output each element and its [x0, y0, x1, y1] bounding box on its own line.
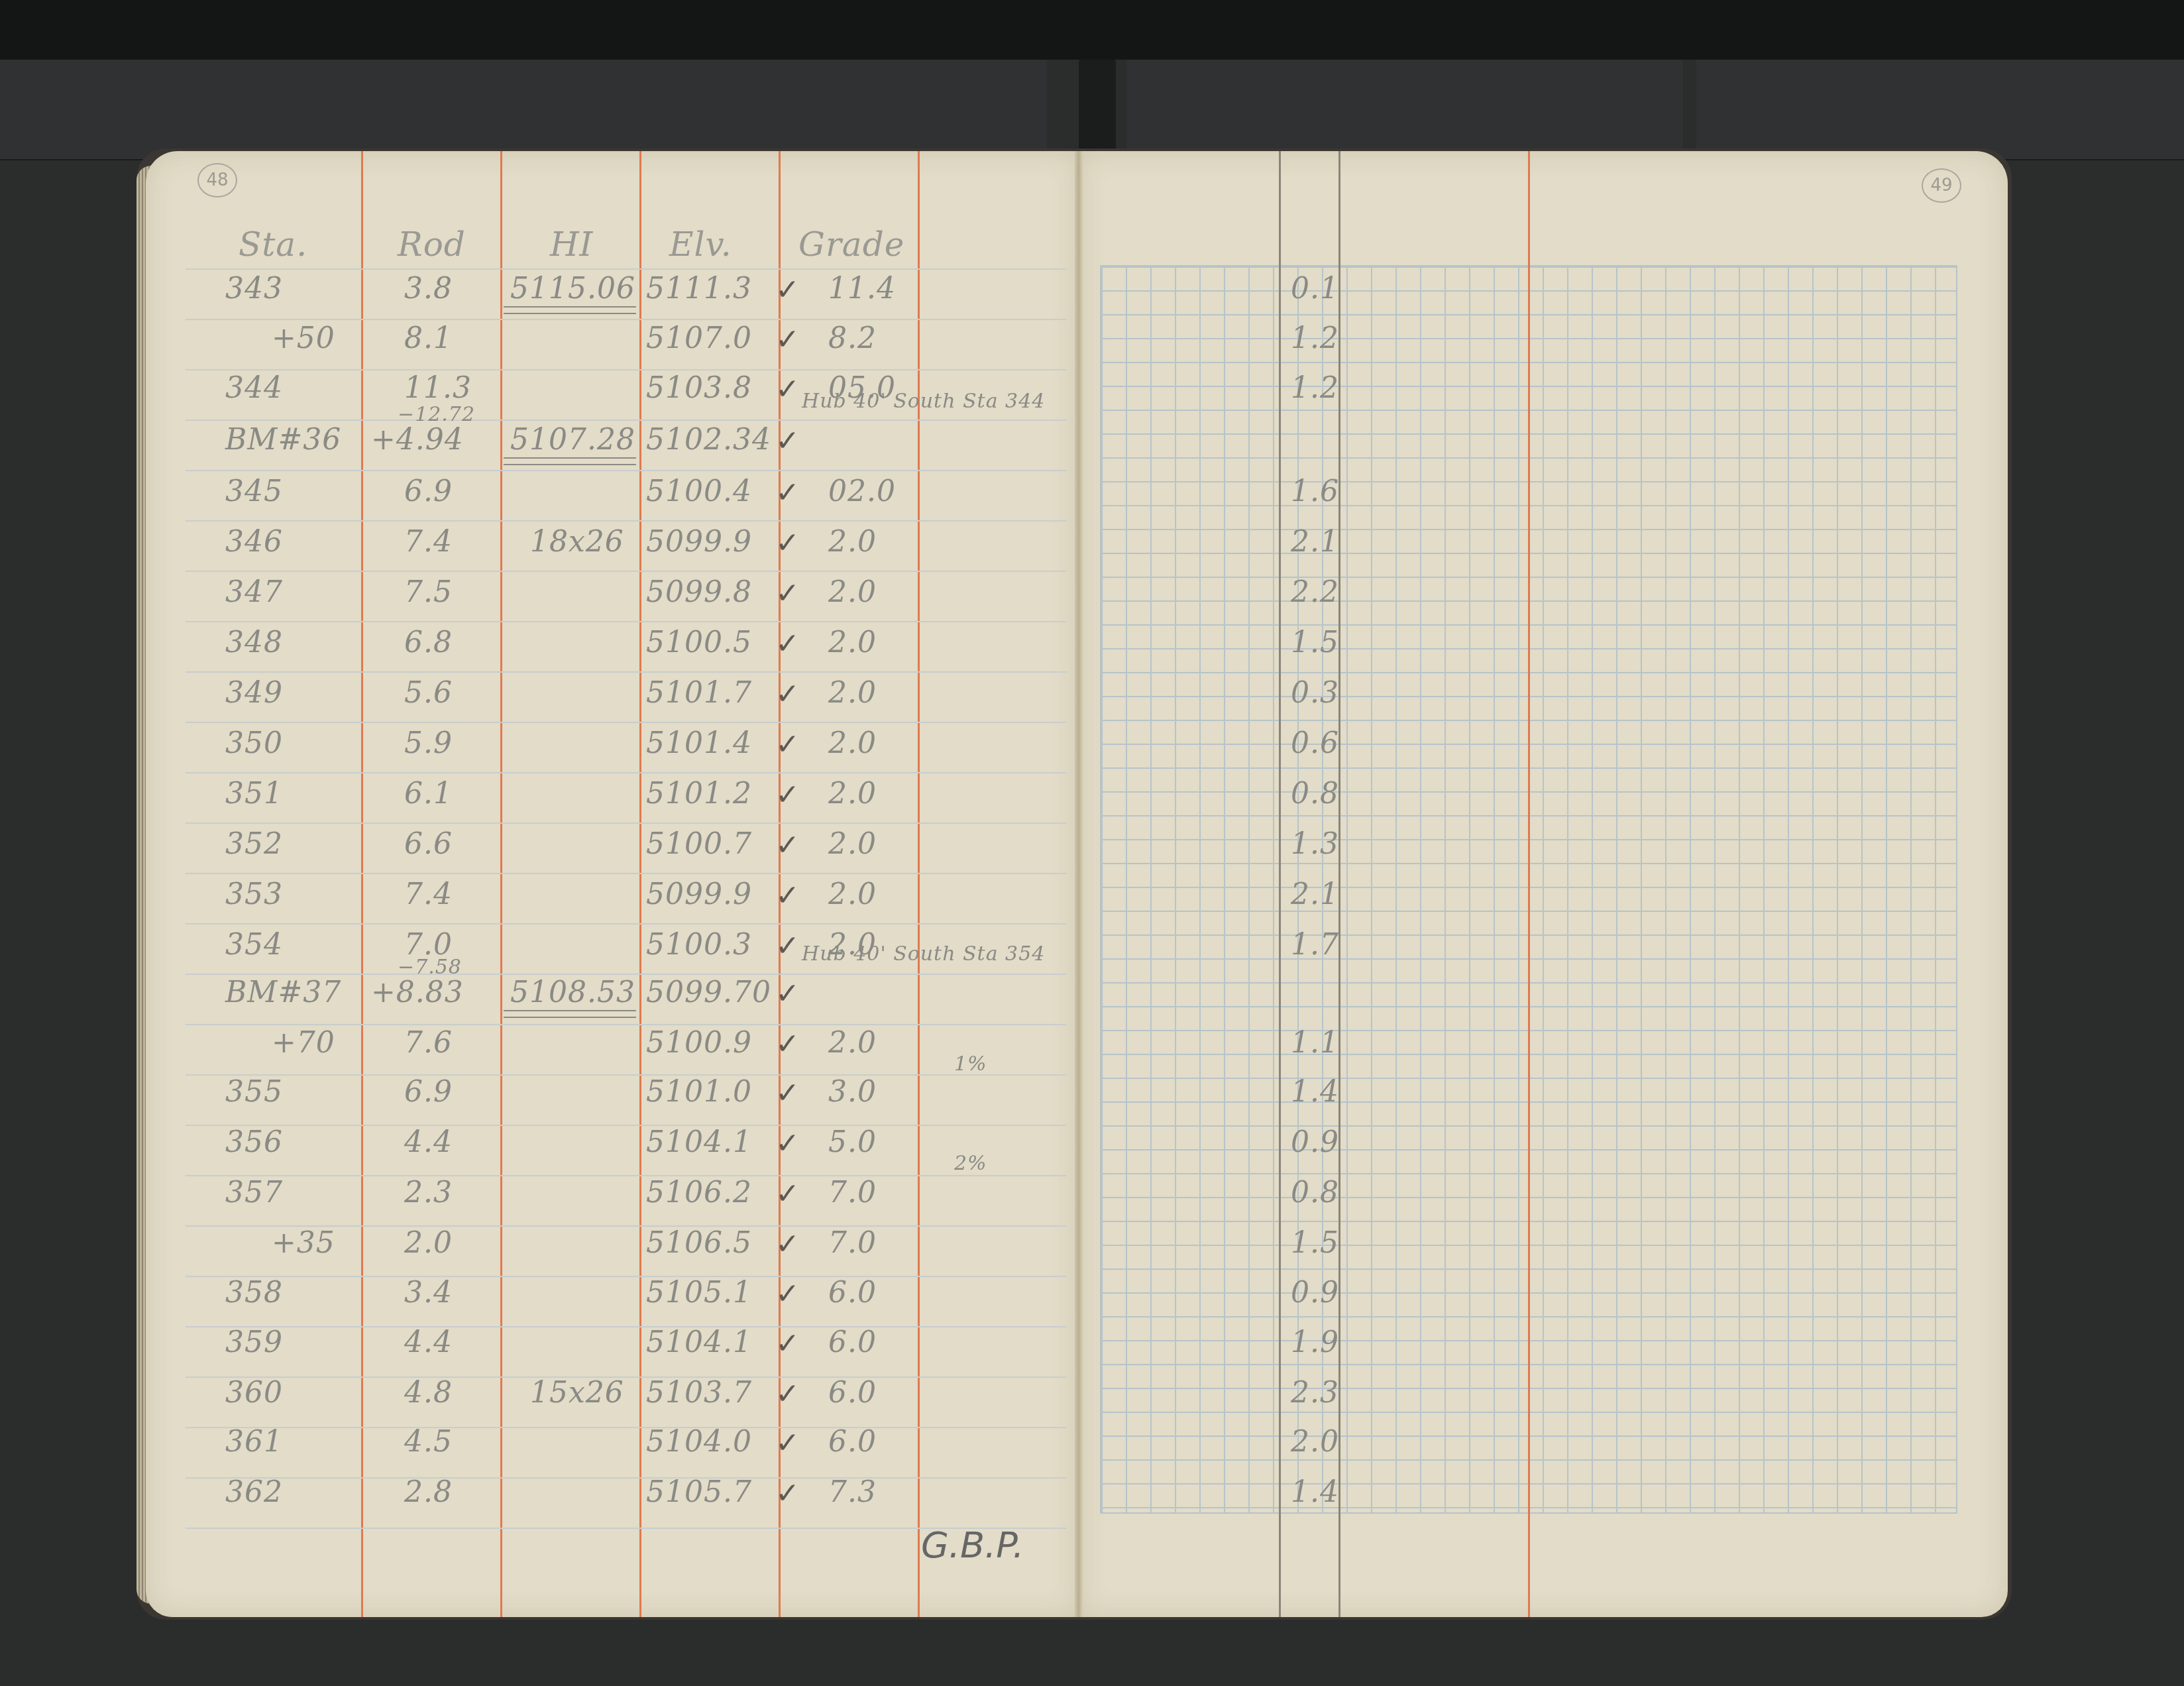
- hi-underline: [504, 457, 636, 465]
- cell-grade: 2.0: [828, 626, 877, 659]
- cell-elevation: 5100.3: [646, 928, 752, 962]
- ruled-line: [186, 1125, 1067, 1126]
- header-elv: Elv.: [669, 225, 732, 264]
- binder-panel-left: [0, 60, 1047, 160]
- checkmark-icon: ✓: [775, 728, 800, 761]
- cell-station: 355: [225, 1075, 283, 1109]
- column-rule: [1528, 151, 1530, 1617]
- ruled-line: [186, 974, 1067, 975]
- cell-elevation: 5105.7: [646, 1475, 752, 1509]
- hi-underline: [504, 306, 636, 314]
- cell-elevation: 5104.1: [646, 1325, 752, 1359]
- page-number-left: 48: [197, 163, 237, 197]
- checkmark-icon: ✓: [775, 1477, 800, 1510]
- cell-station: 352: [225, 827, 283, 861]
- grid-column-value: 1.4: [1291, 1075, 1339, 1109]
- cell-station: 357: [225, 1176, 283, 1209]
- grid-column-value: 1.6: [1291, 475, 1339, 508]
- ruled-line: [186, 520, 1067, 522]
- cell-grade: 6.0: [828, 1425, 877, 1459]
- grid-column-value: 1.7: [1291, 928, 1339, 962]
- grid-column-value: 2.1: [1291, 525, 1339, 559]
- cell-grade: 2.0: [828, 1026, 877, 1060]
- cell-elevation: 5106.5: [646, 1226, 752, 1260]
- cell-grade: 3.0: [828, 1075, 877, 1109]
- cell-note-hub: Hub 40' South Sta 354: [802, 942, 1045, 966]
- cell-elevation: 5099.9: [646, 525, 752, 559]
- cell-rod: 6.9: [404, 1075, 453, 1109]
- checkmark-icon: ✓: [775, 1327, 800, 1361]
- checkmark-icon: ✓: [775, 627, 800, 661]
- binding-gutter: [1075, 151, 1083, 1617]
- cell-grade: 2.0: [828, 676, 877, 710]
- cell-rod: 2.0: [404, 1226, 453, 1260]
- cell-station: 344: [225, 371, 283, 405]
- cell-grade: 11.4: [828, 272, 896, 306]
- signature-initials: G.B.P.: [921, 1524, 1024, 1566]
- cell-rod: 2.3: [404, 1176, 453, 1209]
- checkmark-icon: ✓: [775, 273, 800, 307]
- ruled-line: [186, 621, 1067, 622]
- cell-hi: 5107.28: [510, 423, 635, 457]
- cell-hi: 5115.06: [510, 272, 635, 306]
- ruled-line: [186, 722, 1067, 723]
- cell-station: 343: [225, 272, 283, 306]
- cell-rod: 7.4: [404, 525, 453, 559]
- cell-grade: 5.0: [828, 1125, 877, 1159]
- checkmark-icon: ✓: [775, 1227, 800, 1261]
- cell-grade: 6.0: [828, 1276, 877, 1310]
- ruled-line: [186, 1326, 1067, 1327]
- checkmark-icon: ✓: [775, 1426, 800, 1460]
- checkmark-icon: ✓: [775, 977, 800, 1011]
- ruled-line: [186, 1477, 1067, 1479]
- cell-hi: 18x26: [530, 525, 624, 559]
- cell-rod: 4.5: [404, 1425, 453, 1459]
- grid-column-value: 2.0: [1291, 1425, 1339, 1459]
- cell-rod: 6.8: [404, 626, 453, 659]
- cell-grade: 2.0: [828, 575, 877, 609]
- header-hi: HI: [550, 225, 593, 264]
- ruled-line: [186, 268, 1067, 270]
- cell-grade: 7.3: [828, 1475, 877, 1509]
- checkmark-icon: ✓: [775, 323, 800, 357]
- ruled-line: [186, 319, 1067, 320]
- checkmark-icon: ✓: [775, 1027, 800, 1061]
- ruled-line: [186, 1175, 1067, 1176]
- checkmark-icon: ✓: [775, 1127, 800, 1160]
- cell-station: 362: [225, 1475, 283, 1509]
- cell-grade: 7.0: [828, 1176, 877, 1209]
- binder-panel-middle: [1126, 60, 1683, 160]
- cell-station: 348: [225, 626, 283, 659]
- cell-elevation: 5099.9: [646, 877, 752, 911]
- checkmark-icon: ✓: [775, 372, 800, 406]
- ruled-line: [186, 1427, 1067, 1428]
- cell-elevation: 5101.0: [646, 1075, 752, 1109]
- cell-station: 361: [225, 1425, 283, 1459]
- cell-rod: 5.9: [404, 726, 453, 760]
- checkmark-icon: ✓: [775, 424, 800, 458]
- cell-elevation: 5100.7: [646, 827, 752, 861]
- checkmark-icon: ✓: [775, 526, 800, 560]
- checkmark-icon: ✓: [775, 778, 800, 812]
- cell-station: 345: [225, 475, 283, 508]
- cell-rod: 5.6: [404, 676, 453, 710]
- cell-rod: 7.4: [404, 877, 453, 911]
- cell-elevation: 5111.3: [646, 272, 752, 306]
- cell-grade: 6.0: [828, 1325, 877, 1359]
- cell-elevation: 5104.0: [646, 1425, 752, 1459]
- cell-grade: 7.0: [828, 1226, 877, 1260]
- ruled-line: [186, 369, 1067, 370]
- cell-station: +70: [272, 1026, 335, 1060]
- ruled-line: [186, 420, 1067, 421]
- header-rod: Rod: [398, 225, 466, 264]
- cell-grade: 2.0: [828, 827, 877, 861]
- checkmark-icon: ✓: [775, 929, 800, 963]
- grid-column-value: 1.4: [1291, 1475, 1339, 1509]
- cell-rod: +4.94: [371, 423, 464, 457]
- cell-rod: 6.1: [404, 777, 453, 811]
- grid-column-value: 0.9: [1291, 1276, 1339, 1310]
- binder-panel-right: [1696, 60, 2184, 160]
- cell-station: 347: [225, 575, 283, 609]
- cell-elevation: 5101.2: [646, 777, 752, 811]
- column-rule-gray: [1279, 151, 1281, 1617]
- cell-elevation: 5102.34: [646, 423, 771, 457]
- cell-grade: 2.0: [828, 726, 877, 760]
- cell-station: 356: [225, 1125, 283, 1159]
- cell-grade: 2.0: [828, 877, 877, 911]
- cell-note-percent: 1%: [954, 1052, 987, 1076]
- cell-grade: 6.0: [828, 1376, 877, 1410]
- grid-column-value: 2.1: [1291, 877, 1339, 911]
- cell-rod: 4.4: [404, 1325, 453, 1359]
- cell-station: +35: [272, 1226, 335, 1260]
- checkmark-icon: ✓: [775, 677, 800, 711]
- cell-elevation: 5103.8: [646, 371, 752, 405]
- column-rule: [918, 151, 920, 1617]
- cell-elevation: 5099.70: [646, 976, 771, 1009]
- hi-underline: [504, 1010, 636, 1018]
- cell-note-hub: Hub 40' South Sta 344: [802, 390, 1045, 413]
- grid-column-value: 1.2: [1291, 321, 1339, 355]
- cell-elevation: 5107.0: [646, 321, 752, 355]
- ruled-line: [186, 1074, 1067, 1076]
- checkmark-icon: ✓: [775, 1076, 800, 1110]
- cell-elevation: 5100.9: [646, 1026, 752, 1060]
- cell-station: +50: [272, 321, 335, 355]
- cell-elevation: 5105.1: [646, 1276, 752, 1310]
- column-rule: [500, 151, 502, 1617]
- grid-column-value: 1.3: [1291, 827, 1339, 861]
- cell-rod: +8.83: [371, 976, 464, 1009]
- cell-station: 358: [225, 1276, 283, 1310]
- grid-column-value: 1.2: [1291, 371, 1339, 405]
- ruled-line: [186, 1024, 1067, 1025]
- cell-rod: 8.1: [404, 321, 453, 355]
- page-number-right: 49: [1922, 168, 1961, 203]
- checkmark-icon: ✓: [775, 577, 800, 610]
- checkmark-icon: ✓: [775, 879, 800, 913]
- cell-station: 354: [225, 928, 283, 962]
- cell-rod: 3.8: [404, 272, 453, 306]
- ruled-line: [186, 923, 1067, 925]
- grid-column-value: 1.1: [1291, 1026, 1339, 1060]
- grid-column-value: 1.9: [1291, 1325, 1339, 1359]
- cell-elevation: 5100.5: [646, 626, 752, 659]
- cell-rod: 6.9: [404, 475, 453, 508]
- cell-rod: 7.6: [404, 1026, 453, 1060]
- cell-rod: 4.8: [404, 1376, 453, 1410]
- cell-elevation: 5104.1: [646, 1125, 752, 1159]
- ruled-line: [186, 470, 1067, 471]
- cell-elevation: 5101.4: [646, 726, 752, 760]
- grid-column-value: 0.6: [1291, 726, 1339, 760]
- grid-column-value: 0.9: [1291, 1125, 1339, 1159]
- cell-grade: 8.2: [828, 321, 877, 355]
- cell-station: 359: [225, 1325, 283, 1359]
- binder-background: [0, 0, 2184, 60]
- ruled-line: [186, 571, 1067, 572]
- checkmark-icon: ✓: [775, 1277, 800, 1311]
- ruled-line: [186, 1276, 1067, 1277]
- cell-elevation: 5103.7: [646, 1376, 752, 1410]
- ruled-line: [186, 1377, 1067, 1378]
- column-rule: [361, 151, 363, 1617]
- cell-grade: 02.0: [828, 475, 896, 508]
- ruled-line: [186, 772, 1067, 773]
- grid-column-value: 1.5: [1291, 626, 1339, 659]
- cell-rod: 3.4: [404, 1276, 453, 1310]
- cell-elevation: 5106.2: [646, 1176, 752, 1209]
- cell-station: 349: [225, 676, 283, 710]
- column-rule: [639, 151, 641, 1617]
- cell-hi: 5108.53: [510, 976, 635, 1009]
- grid-column-value: 1.5: [1291, 1226, 1339, 1260]
- cell-rod: 7.5: [404, 575, 453, 609]
- cell-grade: 2.0: [828, 525, 877, 559]
- grid-column-value: 0.8: [1291, 1176, 1339, 1209]
- cell-station: 351: [225, 777, 283, 811]
- grid-column-value: 0.1: [1291, 272, 1339, 306]
- cell-station: BM#36: [225, 423, 341, 457]
- cell-note-percent: 2%: [954, 1152, 987, 1175]
- cell-station: 360: [225, 1376, 283, 1410]
- cell-hi: 15x26: [530, 1376, 624, 1410]
- cell-grade: 2.0: [828, 777, 877, 811]
- cell-rod: 11.3: [404, 371, 472, 405]
- checkmark-icon: ✓: [775, 828, 800, 862]
- ruled-line: [186, 822, 1067, 824]
- header-grade: Grade: [798, 225, 904, 264]
- cell-station: 350: [225, 726, 283, 760]
- cell-elevation: 5100.4: [646, 475, 752, 508]
- cell-station: BM#37: [225, 976, 341, 1009]
- cell-elevation: 5101.7: [646, 676, 752, 710]
- ruled-line: [186, 671, 1067, 673]
- cell-rod: 6.6: [404, 827, 453, 861]
- checkmark-icon: ✓: [775, 476, 800, 510]
- cell-station: 346: [225, 525, 283, 559]
- checkmark-icon: ✓: [775, 1377, 800, 1411]
- grid-column-value: 0.3: [1291, 676, 1339, 710]
- checkmark-icon: ✓: [775, 1177, 800, 1211]
- cell-station: 353: [225, 877, 283, 911]
- ruled-line: [186, 873, 1067, 874]
- grid-column-value: 2.2: [1291, 575, 1339, 609]
- grid-column-value: 0.8: [1291, 777, 1339, 811]
- cell-rod: 2.8: [404, 1475, 453, 1509]
- cell-elevation: 5099.8: [646, 575, 752, 609]
- grid-column-value: 2.3: [1291, 1376, 1339, 1410]
- cell-rod: 4.4: [404, 1125, 453, 1159]
- header-sta: Sta.: [239, 225, 307, 264]
